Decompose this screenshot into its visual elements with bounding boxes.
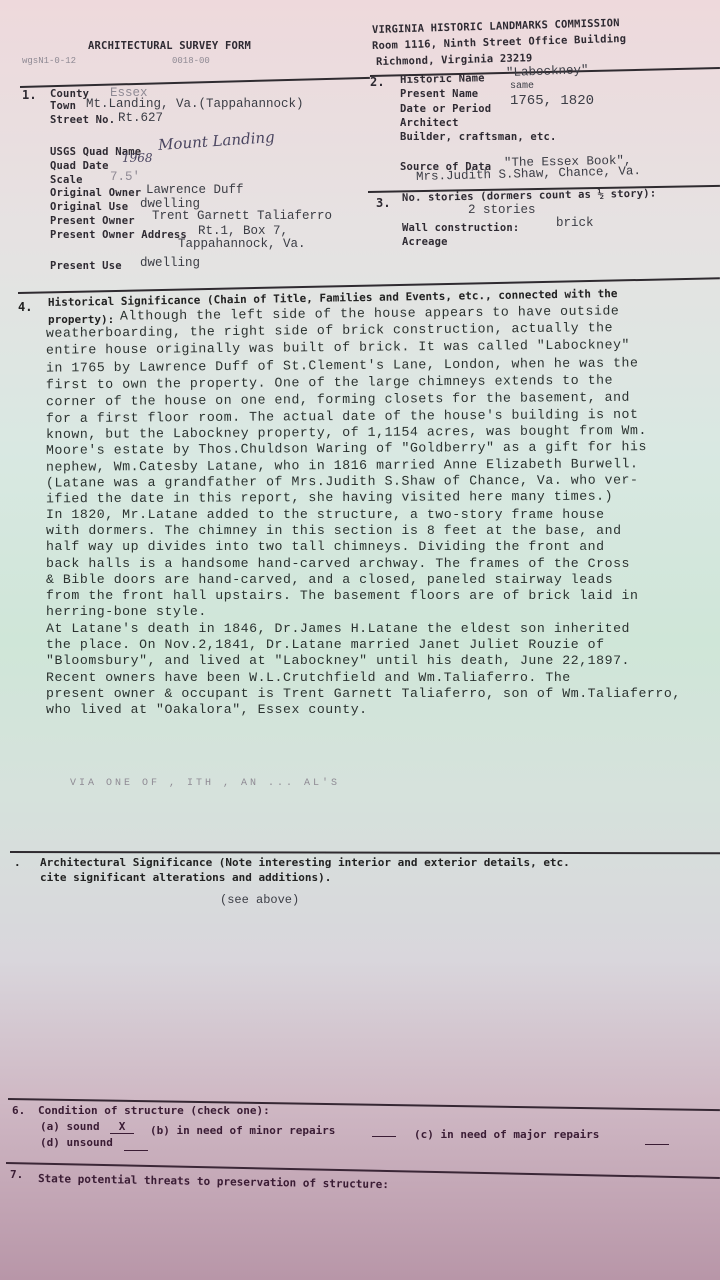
history-line: ified the date in this report, she havin… <box>46 489 613 508</box>
date-value: 1765, 1820 <box>510 93 594 109</box>
option-b-checkbox[interactable] <box>372 1136 396 1137</box>
present-address-label: Present Owner Address <box>50 229 187 241</box>
history-line: In 1820, Mr.Latane added to the structur… <box>46 507 605 523</box>
original-owner-label: Original Owner <box>50 187 141 199</box>
present-use-label: Present Use <box>50 260 122 272</box>
history-line: back halls is a handsome hand-carved arc… <box>46 556 630 572</box>
history-line: "Bloomsbury", and lived at "Labockney" u… <box>46 653 630 669</box>
history-line: with dormers. The chimney in this sectio… <box>46 523 622 539</box>
section2-number: 2. <box>370 75 385 89</box>
section7-number: 7. <box>10 1168 23 1181</box>
history-line: half way up divides into two tall chimne… <box>46 539 605 555</box>
section5-number: . <box>14 856 21 869</box>
option-d-checkbox[interactable] <box>124 1150 148 1151</box>
date-label: Date or Period <box>400 103 491 115</box>
option-a-label: (a) sound <box>40 1120 100 1133</box>
section4-heading-cont: property): <box>48 313 114 326</box>
divider-line <box>20 77 370 88</box>
scale-label: Scale <box>50 174 83 186</box>
present-address-line2: Tappahannock, Va. <box>178 237 306 251</box>
section7-heading: State potential threats to preservation … <box>38 1172 389 1191</box>
option-d-label: (d) unsound <box>40 1136 113 1149</box>
section5-heading: Architectural Significance (Note interes… <box>40 856 570 869</box>
history-line: At Latane's death in 1846, Dr.James H.La… <box>46 621 630 637</box>
present-name-value: same <box>510 81 534 92</box>
present-use-value: dwelling <box>140 256 200 270</box>
architect-label: Architect <box>400 117 459 129</box>
section5-value: (see above) <box>220 893 299 907</box>
section6-number: 6. <box>12 1104 25 1117</box>
form-title: ARCHITECTURAL SURVEY FORM <box>88 40 251 52</box>
history-line: from the front hall upstairs. The baseme… <box>46 588 638 604</box>
option-b-label: (b) in need of minor repairs <box>150 1124 335 1137</box>
section1-number: 1. <box>22 88 37 102</box>
history-line: & Bible doors are hand-carved, and a clo… <box>46 572 613 588</box>
historic-name-value: "Labockney" <box>506 63 589 80</box>
scale-value: 7.5' <box>110 170 140 184</box>
faint-bleed-through: VIA ONE OF , ITH , AN ... AL'S <box>70 778 340 789</box>
builder-label: Builder, craftsman, etc. <box>400 131 557 143</box>
usgs-value: Mount Landing <box>158 128 276 154</box>
wall-value: brick <box>556 216 594 230</box>
section5-heading-cont: cite significant alterations and additio… <box>40 871 331 884</box>
commission-room: Room 1116, Ninth Street Office Building <box>372 33 627 52</box>
history-line: herring-bone style. <box>46 604 207 620</box>
faint-header: wgsN1-0-12 <box>22 56 76 66</box>
acreage-label: Acreage <box>402 236 448 248</box>
present-name-label: Present Name <box>400 88 478 100</box>
original-owner-value: Lawrence Duff <box>146 183 244 197</box>
quad-date-label: Quad Date <box>50 160 109 172</box>
faint-header-2: 0018-00 <box>172 56 210 66</box>
history-line: Recent owners have been W.L.Crutchfield … <box>46 670 571 686</box>
history-line: present owner & occupant is Trent Garnet… <box>46 686 681 702</box>
street-label: Street No. <box>50 114 115 126</box>
option-c-label: (c) in need of major repairs <box>414 1128 599 1141</box>
historic-name-label: Historic Name <box>400 72 485 86</box>
section6-heading: Condition of structure (check one): <box>38 1104 270 1117</box>
divider-line <box>10 851 720 854</box>
stories-value: 2 stories <box>468 203 536 217</box>
present-address-line1: Rt.1, Box 7, <box>198 224 288 238</box>
street-value: Rt.627 <box>118 111 163 125</box>
town-value: Mt.Landing, Va.(Tappahannock) <box>86 97 304 111</box>
history-line: the place. On Nov.2,1841, Dr.Latane marr… <box>46 637 605 653</box>
history-line: who lived at "Oakalora", Essex county. <box>46 702 368 718</box>
quad-date-value: 1968 <box>122 151 153 165</box>
section4-number: 4. <box>18 300 32 314</box>
option-c-checkbox[interactable] <box>645 1144 669 1145</box>
county-label: County <box>50 88 89 100</box>
present-owner-label: Present Owner <box>50 215 135 227</box>
option-a-checkbox[interactable]: X <box>110 1120 134 1134</box>
town-label: Town <box>50 100 76 112</box>
section3-number: 3. <box>376 196 391 210</box>
present-owner-value: Trent Garnett Taliaferro <box>152 209 332 223</box>
wall-label: Wall construction: <box>402 222 519 234</box>
original-use-label: Original Use <box>50 201 128 213</box>
